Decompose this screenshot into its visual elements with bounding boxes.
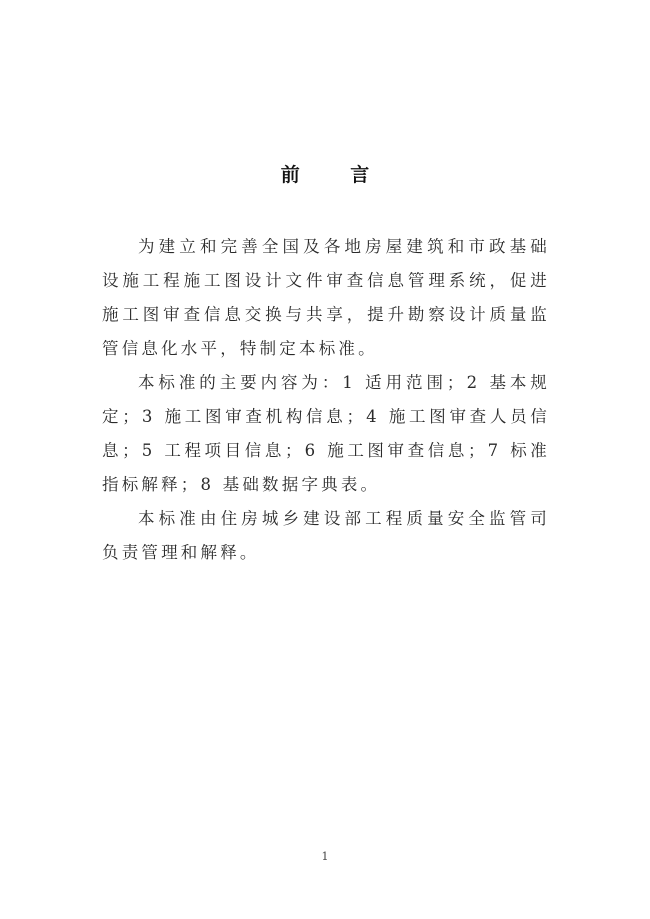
document-body: 为建立和完善全国及各地房屋建筑和市政基础设施工程施工图设计文件审查信息管理系统，… (102, 230, 550, 570)
paragraph-contents: 本标准的主要内容为：1 适用范围；2 基本规定；3 施工图审查机构信息；4 施工… (102, 366, 550, 502)
paragraph-responsibility: 本标准由住房城乡建设部工程质量安全监管司负责管理和解释。 (102, 502, 550, 570)
page-number: 1 (0, 850, 650, 863)
document-page: 前 言 为建立和完善全国及各地房屋建筑和市政基础设施工程施工图设计文件审查信息管… (0, 0, 650, 919)
page-title: 前 言 (0, 160, 650, 187)
paragraph-purpose: 为建立和完善全国及各地房屋建筑和市政基础设施工程施工图设计文件审查信息管理系统，… (102, 230, 550, 366)
